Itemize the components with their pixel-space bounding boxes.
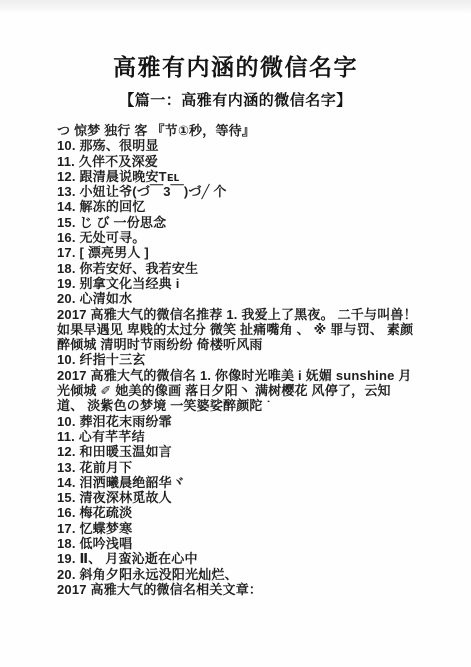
page-title: 高雅有内涵的微信名字 <box>0 0 471 82</box>
text-line: 20. 心清如水 <box>57 291 417 306</box>
text-line: 10. 葬泪花末雨纷霏 <box>57 414 417 429</box>
text-line: 11. 久伴不及深爱 <box>57 154 417 169</box>
text-line: 16. 无处可寻。 <box>57 230 417 245</box>
text-line: 14. 泪洒曦晨绝韶华ヾ <box>57 475 417 490</box>
text-line: 2017 高雅大气的微信名 1. 你像时光唯美 i 妩媚 sunshine 月光… <box>57 368 417 414</box>
text-line: 18. 你若安好、我若安生 <box>57 261 417 276</box>
text-line: 2017 高雅大气的微信名推荐 1. 我爱上了黑夜。 二千与叫兽！如果早遇见 卑… <box>57 307 417 353</box>
text-line: 16. 梅花疏淡 <box>57 505 417 520</box>
text-line: 12. 和田暖玉温如言 <box>57 444 417 459</box>
text-line: 15. じ び 一份思念 <box>57 215 417 230</box>
text-line: 20. 斜角夕阳永远没阳光灿烂、 <box>57 567 417 582</box>
page-subtitle: 【篇一：高雅有内涵的微信名字】 <box>0 89 471 110</box>
text-line: 17. [ 漂亮男人 ] <box>57 245 417 260</box>
text-line: 13. 花前月下 <box>57 460 417 475</box>
text-line: 11. 心有芊芊结 <box>57 429 417 444</box>
text-line: 10. 那殇、很明显 <box>57 138 417 153</box>
text-line: 14. 解冻的回忆 <box>57 199 417 214</box>
text-line: 19. 别拿文化当经典 i <box>57 276 417 291</box>
body-text: つ 惊梦 独行 客 『节①秒，等待』10. 那殇、很明显11. 久伴不及深爱12… <box>57 123 417 597</box>
text-line: 19. Ⅱ、 月蛮沁逝在心中 <box>57 551 417 566</box>
text-line: 15. 清夜深林觅故人 <box>57 490 417 505</box>
text-line: 12. 跟清晨说晚安Tᴇʟ <box>57 169 417 184</box>
text-line: つ 惊梦 独行 客 『节①秒，等待』 <box>57 123 417 138</box>
text-line: 17. 忆蝶梦寒 <box>57 521 417 536</box>
document-page: 高雅有内涵的微信名字 【篇一：高雅有内涵的微信名字】 つ 惊梦 独行 客 『节①… <box>0 0 471 667</box>
text-line: 2017 高雅大气的微信名相关文章： <box>57 582 417 597</box>
text-line: 18. 低吟浅唱 <box>57 536 417 551</box>
text-line: 10. 纤指十三玄 <box>57 352 417 367</box>
text-line: 13. 小妞让爷(づ￣3￣)づ╱ 个 <box>57 184 417 199</box>
